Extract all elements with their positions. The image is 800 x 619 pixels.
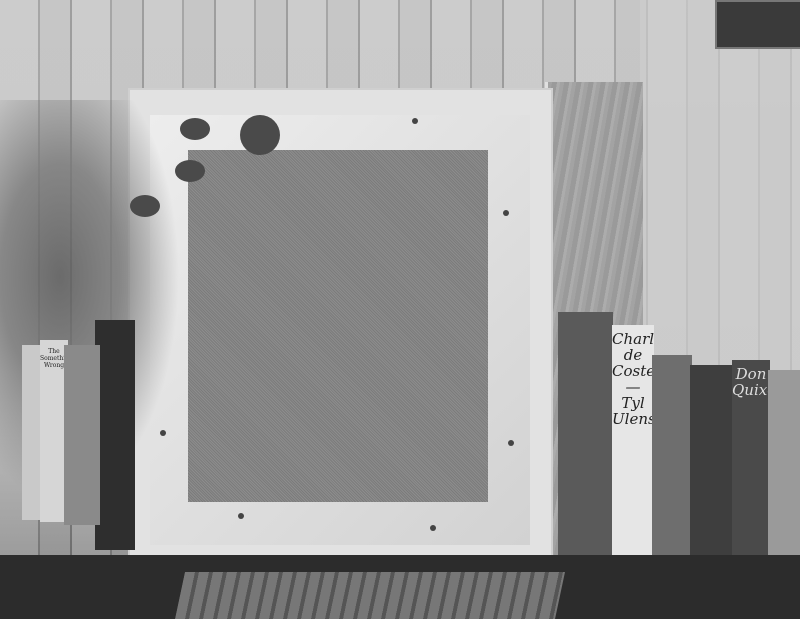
flower bbox=[175, 160, 205, 182]
photo-scene: The Something Wrong Charles de Coster — … bbox=[0, 0, 800, 619]
flower bbox=[240, 115, 280, 155]
book-title: Don Quixote bbox=[732, 360, 770, 398]
book bbox=[652, 355, 692, 570]
book bbox=[558, 312, 613, 570]
screw bbox=[508, 440, 514, 446]
picture-frame bbox=[715, 0, 800, 49]
vase bbox=[95, 320, 135, 550]
screw bbox=[238, 513, 244, 519]
flower bbox=[180, 118, 210, 140]
book bbox=[22, 345, 42, 520]
screw bbox=[503, 210, 509, 216]
book: Don Quixote bbox=[732, 360, 770, 570]
book bbox=[768, 370, 800, 575]
speaker-grille bbox=[188, 150, 488, 502]
flower bbox=[130, 195, 160, 217]
book: Charles de Coster — Tyl Ulenspiegel bbox=[612, 325, 654, 570]
screw bbox=[430, 525, 436, 531]
screw bbox=[412, 118, 418, 124]
book bbox=[690, 365, 732, 570]
book-title: Charles de Coster — Tyl Ulenspiegel bbox=[612, 325, 654, 427]
magazines bbox=[175, 572, 565, 619]
book bbox=[64, 345, 100, 525]
